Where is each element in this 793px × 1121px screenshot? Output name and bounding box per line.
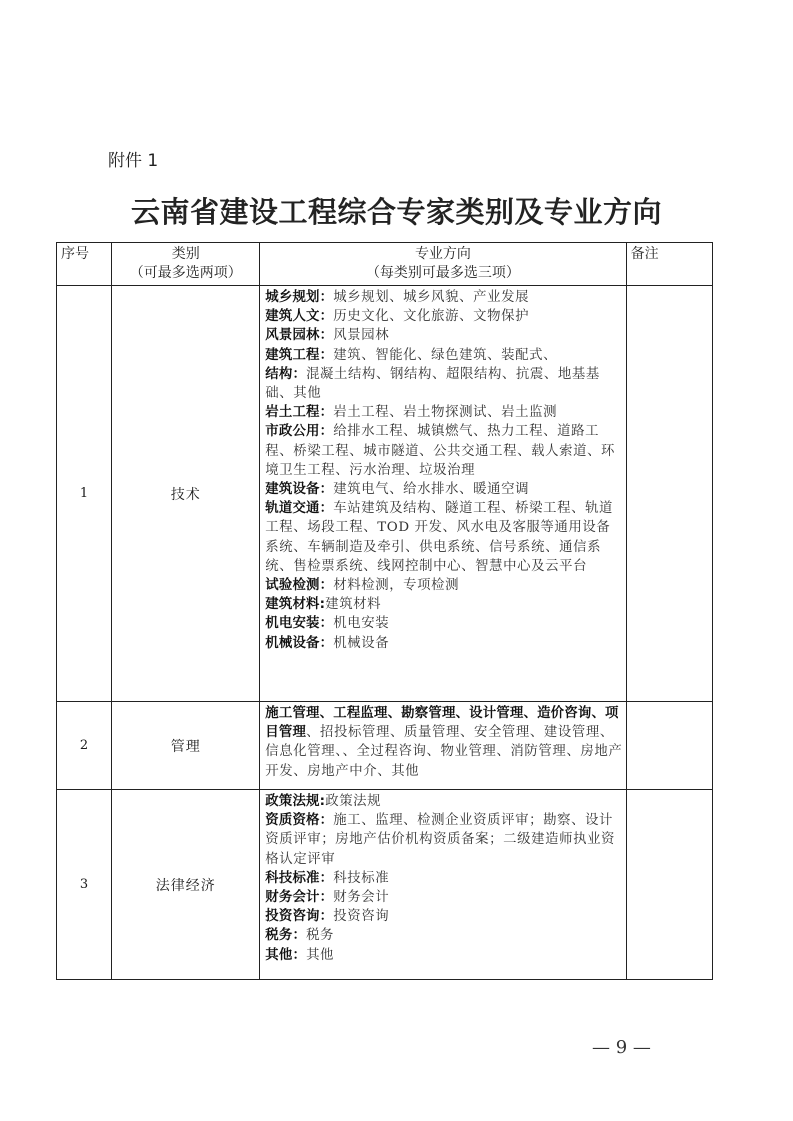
direction-item: 市政公用：给排水工程、城镇燃气、热力工程、道路工程、桥梁工程、城市隧道、公共交通… [265,422,622,480]
direction-label: 建筑设备： [265,482,333,497]
direction-text: 科技标准 [333,871,389,886]
direction-label: 试验检测： [265,578,333,593]
table-row: 3 法律经济 政策法规:政策法规 资质资格：施工、监理、检测企业资质评审；勘察、… [57,790,713,980]
row-category: 法律经济 [112,790,260,980]
table-row: 1 技术 城乡规划：城乡规划、城乡风貌、产业发展 建筑人文：历史文化、文化旅游、… [57,286,713,702]
header-seq: 序号 [57,243,112,286]
row-category: 技术 [112,286,260,702]
page-number: — 9 — [592,1037,651,1058]
direction-label: 财务会计： [265,890,333,905]
direction-item: 机电安装：机电安装 [265,614,622,633]
direction-text: 建筑、智能化、绿色建筑、装配式、 [333,348,557,363]
document-title: 云南省建设工程综合专家类别及专业方向 [0,190,793,231]
direction-item: 建筑材料:建筑材料 [265,595,622,614]
table-header-row: 序号 类别 （可最多选两项） 专业方向 （每类别可最多选三项） 备注 [57,243,713,286]
direction-item: 风景园林：风景园林 [265,326,622,345]
direction-item: 资质资格：施工、监理、检测企业资质评审；勘察、设计资质评审；房地产估价机构资质备… [265,811,622,869]
direction-label: 岩土工程： [265,405,333,420]
direction-item: 投资咨询：投资咨询 [265,907,622,926]
header-remarks-label: 备注 [631,246,659,262]
direction-text: 岩土工程、岩土物探测试、岩土监测 [333,405,557,420]
direction-label: 其他： [265,948,306,963]
header-seq-label: 序号 [61,246,89,262]
direction-text: 、招投标管理、质量管理、安全管理、建设管理、信息化管理、、全过程咨询、物业管理、… [265,725,622,778]
row-category: 管理 [112,702,260,790]
direction-text: 政策法规 [325,794,381,809]
direction-item: 城乡规划：城乡规划、城乡风貌、产业发展 [265,288,622,307]
direction-item: 科技标准：科技标准 [265,869,622,888]
header-direction: 专业方向 （每类别可最多选三项） [260,243,626,286]
header-category-label: 类别 [112,245,259,264]
row-seq: 1 [57,286,112,702]
direction-text: 其他 [306,948,334,963]
direction-item: 机械设备：机械设备 [265,634,622,653]
header-direction-label: 专业方向 [260,245,625,264]
table-row: 2 管理 施工管理、工程监理、勘察管理、设计管理、造价咨询、项目管理、招投标管理… [57,702,713,790]
header-direction-note: （每类别可最多选三项） [260,264,625,283]
direction-item: 税务：税务 [265,926,622,945]
header-category: 类别 （可最多选两项） [112,243,260,286]
attachment-label: 附件 1 [108,146,158,171]
direction-label: 机电安装： [265,616,333,631]
direction-label: 轨道交通： [265,501,333,516]
row-seq: 2 [57,702,112,790]
direction-item: 建筑工程：建筑、智能化、绿色建筑、装配式、 [265,346,622,365]
header-category-note: （可最多选两项） [112,264,259,283]
direction-label: 结构： [265,367,306,382]
direction-label: 资质资格： [265,813,333,828]
direction-text: 投资咨询 [333,909,389,924]
direction-label: 政策法规: [265,794,325,809]
header-remarks: 备注 [626,243,712,286]
expert-category-table: 序号 类别 （可最多选两项） 专业方向 （每类别可最多选三项） 备注 1 技术 … [56,242,713,980]
row-seq: 3 [57,790,112,980]
direction-label: 投资咨询： [265,909,333,924]
row-remarks [626,286,712,702]
direction-item: 轨道交通：车站建筑及结构、隧道工程、桥梁工程、轨道工程、场段工程、TOD 开发、… [265,499,622,576]
direction-label: 机械设备： [265,636,333,651]
direction-text: 历史文化、文化旅游、文物保护 [333,309,529,324]
direction-label: 建筑工程： [265,348,333,363]
direction-item: 政策法规:政策法规 [265,792,622,811]
direction-text: 建筑电气、给水排水、暖通空调 [333,482,529,497]
direction-item: 财务会计：财务会计 [265,888,622,907]
direction-text: 税务 [306,928,334,943]
direction-label: 税务： [265,928,306,943]
direction-text: 混凝土结构、钢结构、超限结构、抗震、地基基础、其他 [265,367,600,401]
direction-text: 材料检测，专项检测 [333,578,459,593]
direction-text: 建筑材料 [325,597,381,612]
row-directions: 城乡规划：城乡规划、城乡风貌、产业发展 建筑人文：历史文化、文化旅游、文物保护 … [260,286,626,702]
direction-item: 结构：混凝土结构、钢结构、超限结构、抗震、地基基础、其他 [265,365,622,403]
direction-item: 建筑人文：历史文化、文化旅游、文物保护 [265,307,622,326]
row-directions: 政策法规:政策法规 资质资格：施工、监理、检测企业资质评审；勘察、设计资质评审；… [260,790,626,980]
direction-label: 建筑人文： [265,309,333,324]
row-remarks [626,702,712,790]
direction-text: 财务会计 [333,890,389,905]
direction-text: 机电安装 [333,616,389,631]
direction-item: 岩土工程：岩土工程、岩土物探测试、岩土监测 [265,403,622,422]
direction-label: 市政公用： [265,424,333,439]
direction-text: 城乡规划、城乡风貌、产业发展 [333,290,529,305]
direction-item: 其他：其他 [265,946,622,965]
direction-label: 城乡规划： [265,290,333,305]
direction-label: 科技标准： [265,871,333,886]
direction-item: 建筑设备：建筑电气、给水排水、暖通空调 [265,480,622,499]
row-remarks [626,790,712,980]
direction-item: 试验检测：材料检测，专项检测 [265,576,622,595]
direction-label: 建筑材料: [265,597,325,612]
direction-text: 机械设备 [333,636,389,651]
row-directions: 施工管理、工程监理、勘察管理、设计管理、造价咨询、项目管理、招投标管理、质量管理… [260,702,626,790]
direction-text: 风景园林 [333,328,389,343]
direction-label: 风景园林： [265,328,333,343]
